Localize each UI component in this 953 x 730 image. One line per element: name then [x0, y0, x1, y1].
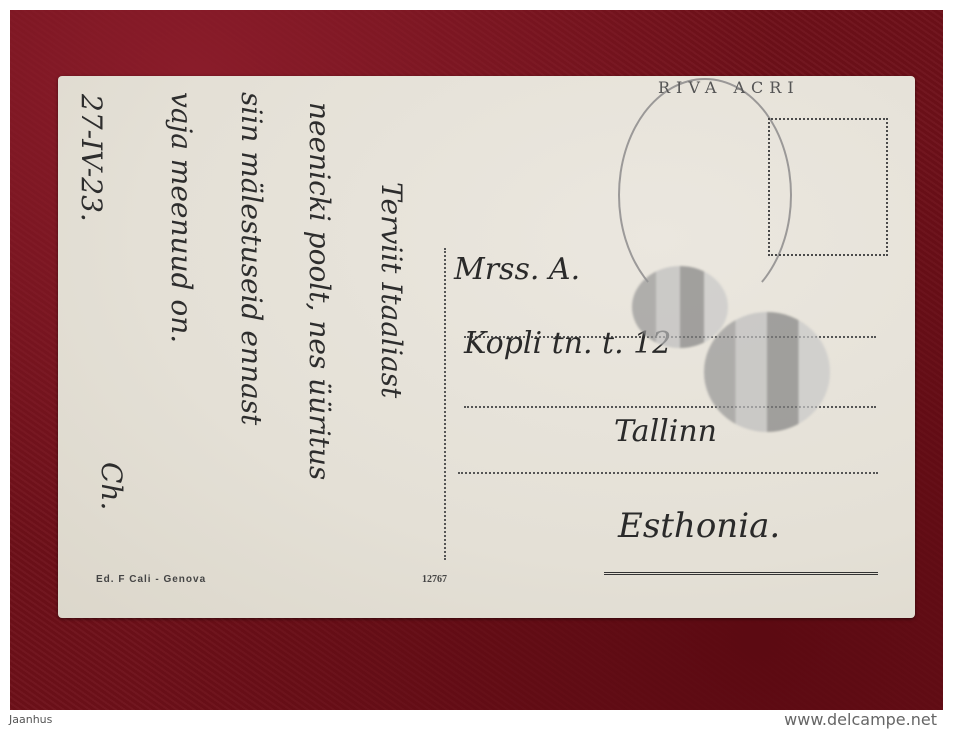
message-line: siin mälestuseid ennast — [235, 92, 268, 425]
redaction-blur — [704, 312, 830, 432]
serial-number: 12767 — [422, 574, 447, 585]
seller-name: Jaanhus — [9, 713, 52, 726]
leather-background: RIVA ACRI Terviit Itaaliast neenicki poo… — [10, 10, 943, 710]
stamp-placeholder-box — [768, 118, 888, 256]
message-line: neenicki poolt, nes üüritus — [303, 102, 336, 480]
address-rule-double — [604, 572, 878, 575]
watermark-url: www.delcampe.net — [784, 710, 937, 729]
redaction-blur — [632, 266, 728, 348]
message-signature: Ch. — [95, 462, 128, 510]
message-line: vaja meenuud on. — [165, 92, 198, 343]
message-line: Terviit Itaaliast — [375, 182, 408, 398]
address-line-1: Mrss. A. — [454, 252, 580, 287]
address-line-4: Esthonia. — [618, 506, 780, 546]
postmark-text: RIVA ACRI — [658, 78, 800, 97]
handwritten-message: Terviit Itaaliast neenicki poolt, nes üü… — [68, 82, 428, 602]
card-divider — [444, 248, 446, 560]
publisher-imprint: Ed. F Cali - Genova — [96, 574, 206, 585]
address-rule — [458, 472, 878, 474]
postcard: RIVA ACRI Terviit Itaaliast neenicki poo… — [58, 76, 915, 618]
message-date: 27-IV-23. — [75, 94, 108, 222]
address-line-2: Kopli tn. t. 12 — [464, 326, 671, 361]
address-line-3: Tallinn — [614, 414, 717, 449]
